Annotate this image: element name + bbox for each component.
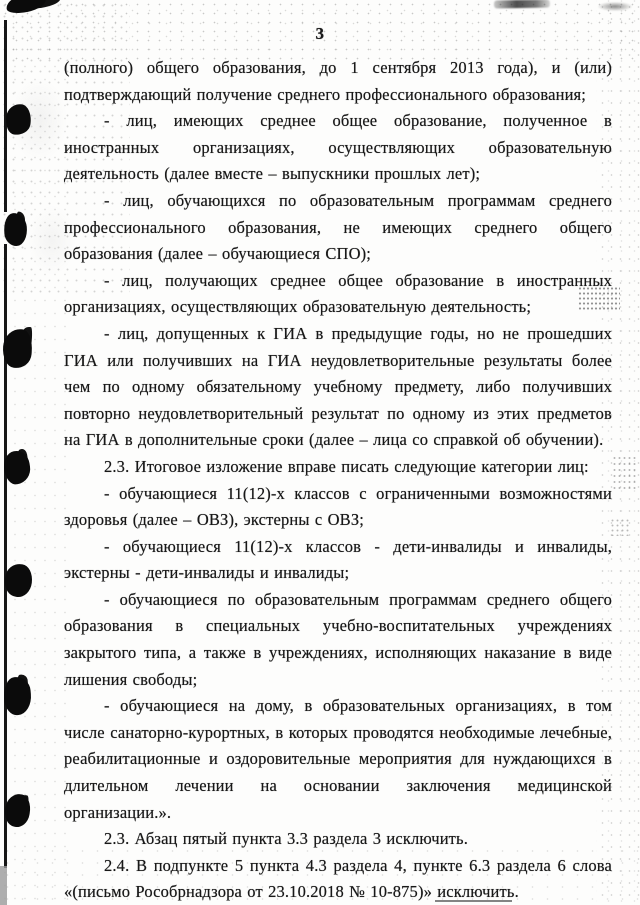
scan-smudge-corner [598, 2, 632, 11]
scanned-document-page: 3 (полного) общего образования, до 1 сен… [0, 0, 640, 905]
scan-smudge-top-right [494, 0, 550, 8]
document-text-block: (полного) общего образования, до 1 сентя… [64, 55, 612, 905]
paragraph-list-item: - обучающиеся 11(12)-х классов с огранич… [64, 481, 612, 534]
page-number: 3 [0, 24, 640, 44]
paragraph-list-item: - лиц, получающих среднее общее образова… [64, 268, 612, 321]
scan-smudge-right-2 [610, 518, 630, 536]
paragraph-list-item: - обучающиеся на дому, в образовательных… [64, 693, 612, 826]
paragraph-list-item: - лиц, обучающихся по образовательным пр… [64, 188, 612, 268]
ink-blob [2, 676, 32, 716]
scan-smudge-right-1 [612, 455, 638, 489]
paragraph-clause-2-4: 2.4. В подпункте 5 пункта 4.3 раздела 4,… [64, 853, 612, 905]
ink-blob [2, 212, 28, 247]
paragraph-clause-2-3b: 2.3. Абзац пятый пункта 3.3 раздела 3 ис… [64, 826, 612, 853]
paragraph-list-item: - лиц, допущенных к ГИА в предыдущие год… [64, 321, 612, 454]
ink-blob [4, 102, 33, 136]
paragraph-continuation: (полного) общего образования, до 1 сентя… [64, 55, 612, 108]
paragraph-list-item: - обучающиеся 11(12)-х классов - дети-ин… [64, 534, 612, 587]
paragraph-list-item: - обучающиеся по образовательным програм… [64, 587, 612, 693]
paragraph-clause-2-3: 2.3. Итоговое изложение вправе писать сл… [64, 454, 612, 481]
paragraph-list-item: - лиц, имеющих среднее общее образование… [64, 108, 612, 188]
ink-blob [5, 0, 48, 16]
scan-edge-strip [0, 866, 7, 905]
ink-blob [3, 562, 34, 598]
